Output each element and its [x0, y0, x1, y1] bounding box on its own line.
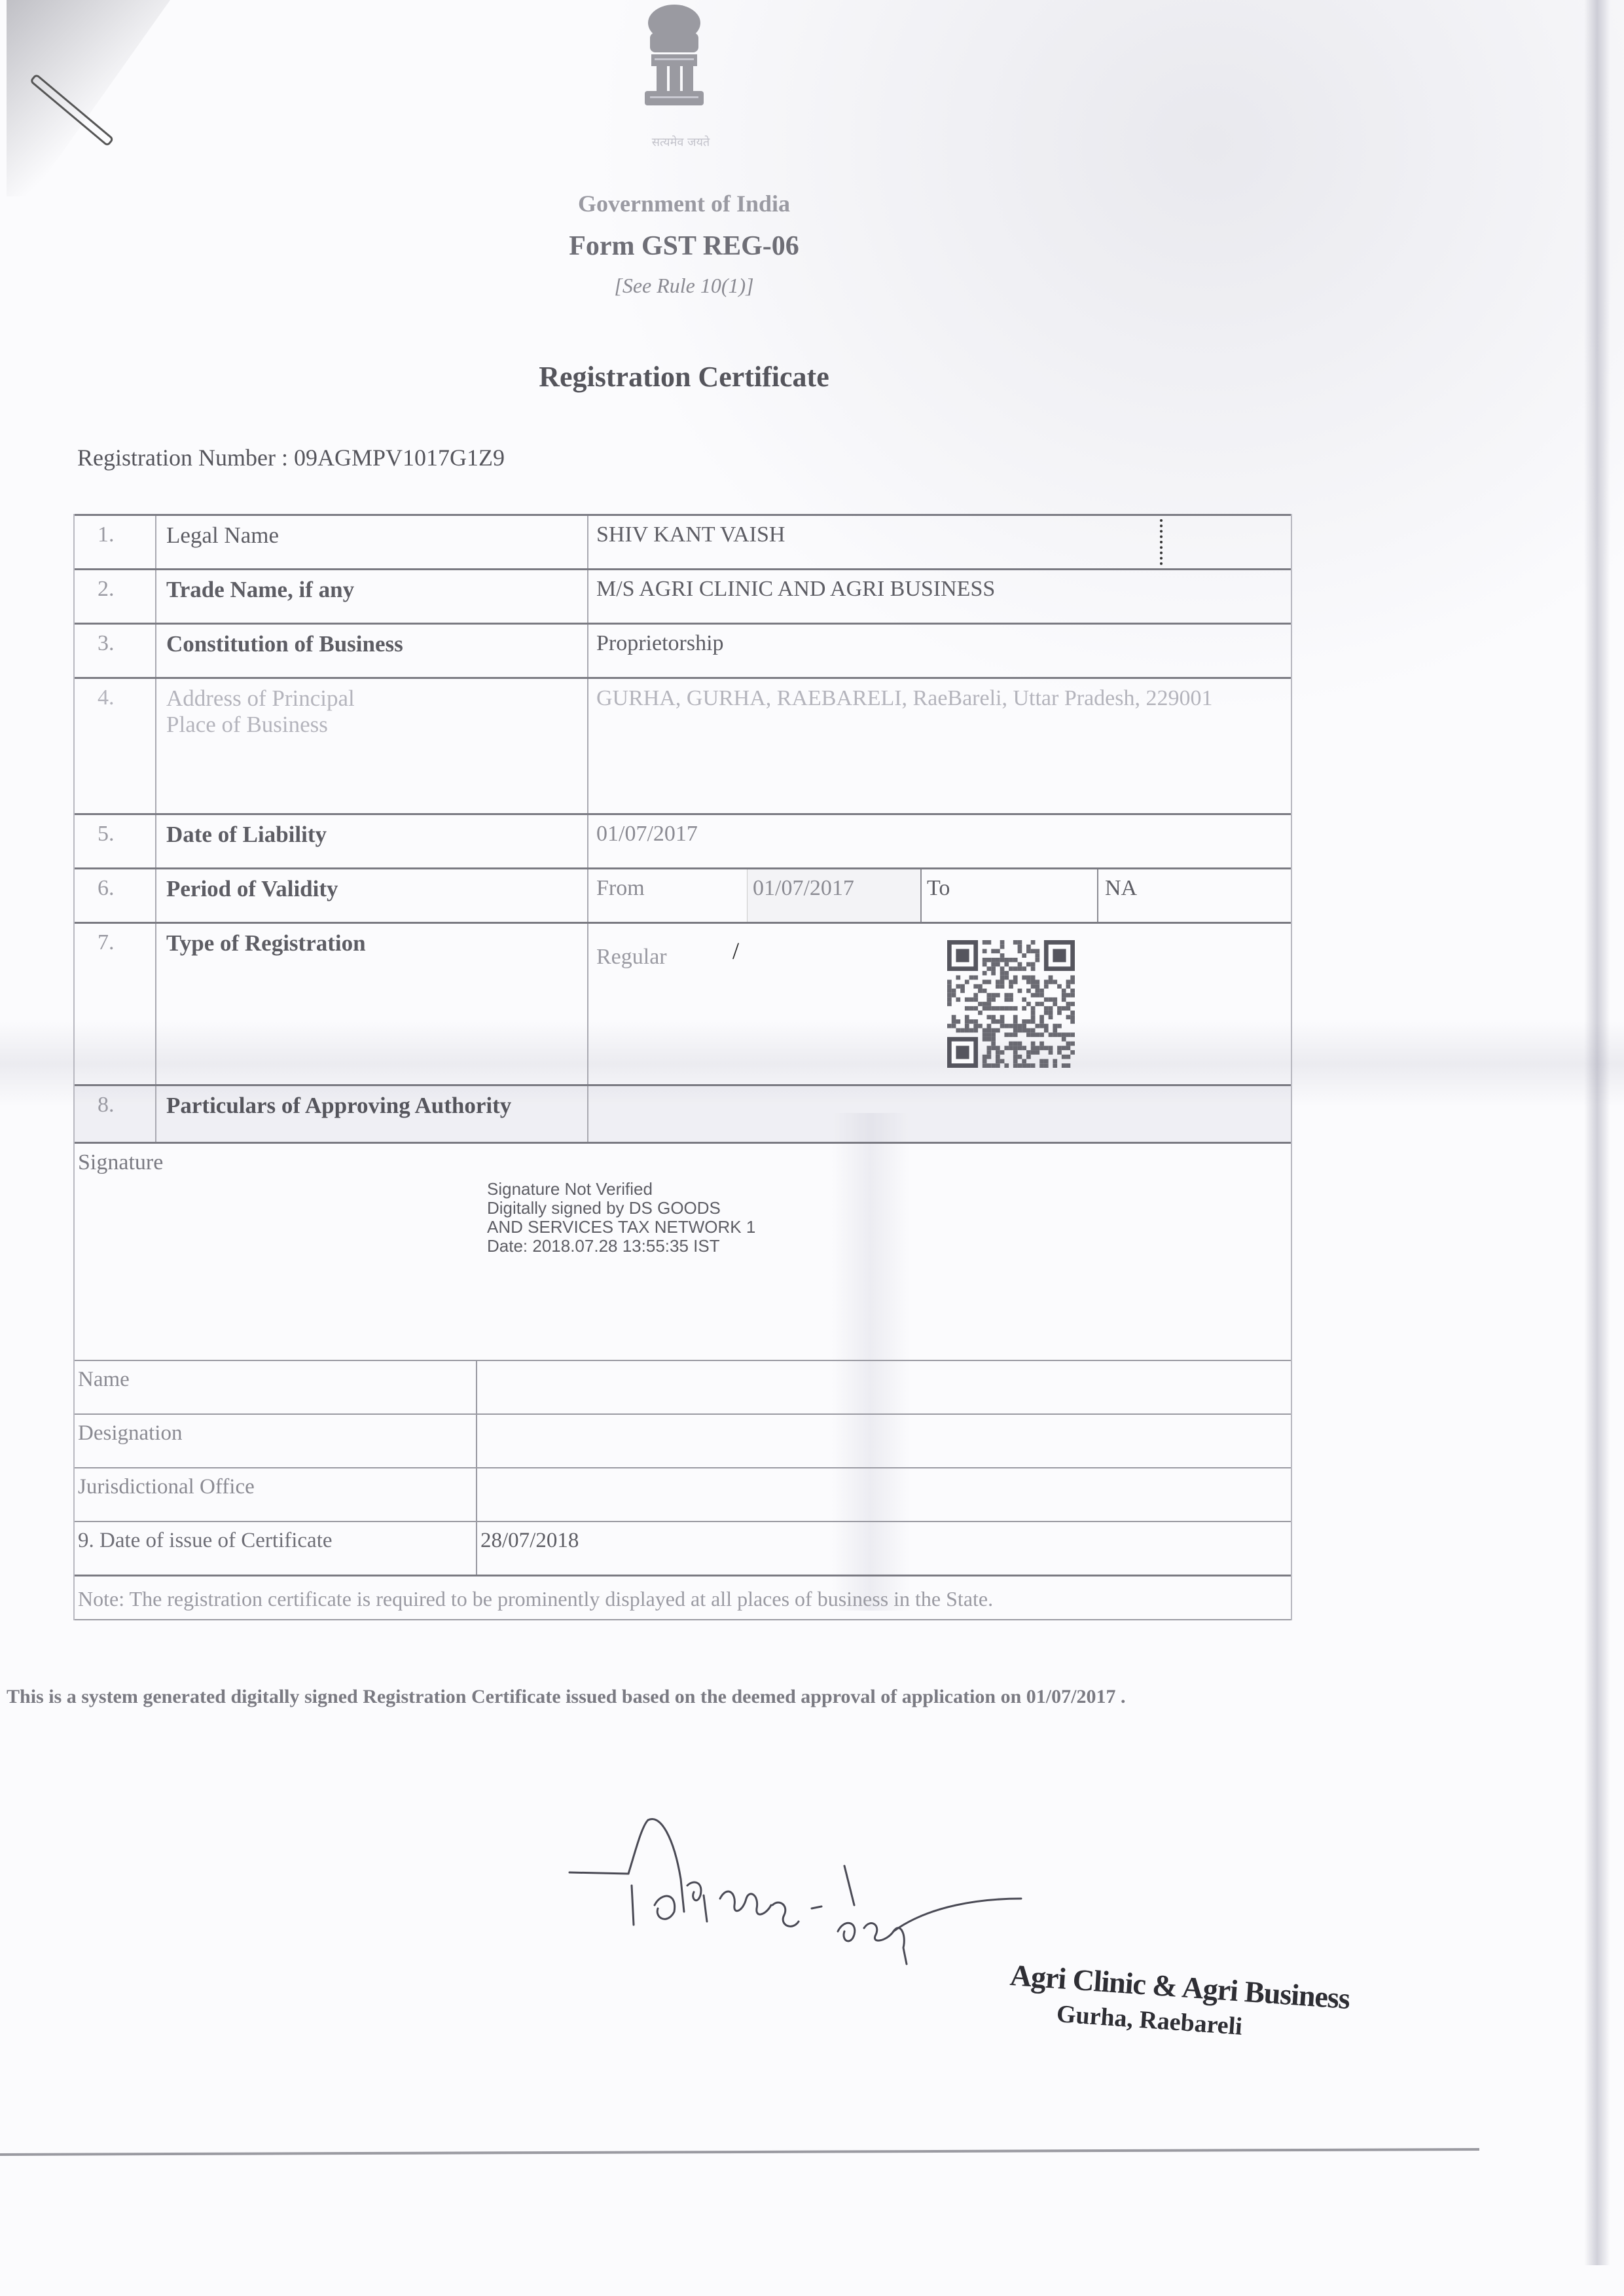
- row-number: 4.: [75, 679, 156, 813]
- row-label: Constitution of Business: [156, 625, 588, 677]
- form-number: Form GST REG-06: [0, 230, 1368, 262]
- row-value: SHIV KANT VAISH: [588, 516, 1291, 568]
- row-number: 7.: [75, 924, 156, 1084]
- validity-to-label: To: [920, 869, 1097, 922]
- row-label: Particulars of Approving Authority: [156, 1086, 588, 1142]
- page-title: Registration Certificate: [0, 360, 1368, 393]
- date-of-liability-value: 01/07/2017: [588, 815, 1291, 867]
- authority-row-name: Name: [75, 1360, 1291, 1413]
- registration-number-value: 09AGMPV1017G1Z9: [294, 445, 505, 471]
- validity-to-value: NA: [1097, 869, 1291, 922]
- authority-name-value: [477, 1361, 1291, 1413]
- issue-date-value: 28/07/2018: [477, 1522, 1291, 1575]
- row-number: 1.: [75, 516, 156, 568]
- staple-shadow: [7, 0, 170, 196]
- business-stamp: Agri Clinic & Agri Business Gurha, Raeba…: [1007, 1958, 1351, 2049]
- jurisdictional-office-label: Jurisdictional Office: [75, 1468, 477, 1521]
- validity-from-value: 01/07/2017: [747, 869, 920, 922]
- national-emblem-icon: [632, 3, 717, 121]
- qr-code-icon: [947, 940, 1075, 1068]
- authority-row-designation: Designation: [75, 1413, 1291, 1467]
- signature-date: Date: 2018.07.28 13:55:35 IST: [487, 1237, 755, 1256]
- address-value: GURHA, GURHA, RAEBARELI, RaeBareli, Utta…: [588, 679, 1291, 813]
- row-number: 3.: [75, 625, 156, 677]
- pen-mark: [1160, 519, 1166, 565]
- trade-name-value: M/S AGRI CLINIC AND AGRI BUSINESS: [588, 570, 1291, 623]
- signature-status: Signature Not Verified: [487, 1180, 755, 1199]
- authority-name-label: Name: [75, 1361, 477, 1413]
- row-label: Trade Name, if any: [156, 570, 588, 623]
- signed-by-line2: AND SERVICES TAX NETWORK 1: [487, 1218, 755, 1237]
- issue-date-label: 9. Date of issue of Certificate: [75, 1522, 477, 1575]
- system-generated-statement: This is a system generated digitally sig…: [7, 1686, 1125, 1708]
- designation-value: [477, 1415, 1291, 1467]
- row-label: Legal Name: [156, 516, 588, 568]
- designation-label: Designation: [75, 1415, 477, 1467]
- row-value: Regular /: [588, 924, 1291, 1084]
- table-row-trade-name: 2. Trade Name, if any M/S AGRI CLINIC AN…: [75, 568, 1291, 623]
- row-label: Date of Liability: [156, 815, 588, 867]
- table-row-legal-name: 1. Legal Name SHIV KANT VAISH: [75, 514, 1291, 568]
- authority-row-jurisdiction: Jurisdictional Office: [75, 1467, 1291, 1521]
- row-label: Address of Principal Place of Business: [156, 679, 588, 813]
- row-number: 2.: [75, 570, 156, 623]
- row-number: 5.: [75, 815, 156, 867]
- digital-signature-block: Signature Not Verified Digitally signed …: [487, 1180, 755, 1256]
- signature-section: Signature Signature Not Verified Digital…: [75, 1142, 1291, 1360]
- row-number: 6.: [75, 869, 156, 922]
- signature-label: Signature: [78, 1150, 163, 1175]
- certificate-table: 1. Legal Name SHIV KANT VAISH 2. Trade N…: [73, 514, 1292, 1620]
- table-row-address: 4. Address of Principal Place of Busines…: [75, 677, 1291, 813]
- bottom-divider: [0, 2148, 1479, 2156]
- table-row-approving-authority: 8. Particulars of Approving Authority: [75, 1084, 1291, 1142]
- display-note: Note: The registration certificate is re…: [75, 1575, 1291, 1620]
- row-label: Period of Validity: [156, 869, 588, 922]
- constitution-value: Proprietorship: [588, 625, 1291, 677]
- table-row-type-of-registration: 7. Type of Registration Regular /: [75, 922, 1291, 1084]
- row-value: From 01/07/2017 To NA: [588, 869, 1291, 922]
- authority-row-issue-date: 9. Date of issue of Certificate 28/07/20…: [75, 1521, 1291, 1575]
- signed-by-line1: Digitally signed by DS GOODS: [487, 1199, 755, 1218]
- registration-type-value: Regular: [596, 945, 667, 970]
- approving-authority-value: [588, 1086, 1291, 1142]
- scan-page-edge: [1584, 0, 1610, 2265]
- rule-reference: [See Rule 10(1)]: [0, 274, 1368, 298]
- table-row-constitution: 3. Constitution of Business Proprietorsh…: [75, 623, 1291, 677]
- row-number: 8.: [75, 1086, 156, 1142]
- legal-name-value: SHIV KANT VAISH: [596, 522, 785, 547]
- validity-from-label: From: [596, 869, 747, 922]
- table-row-period-of-validity: 6. Period of Validity From 01/07/2017 To…: [75, 867, 1291, 922]
- registration-number-label: Registration Number :: [77, 445, 288, 471]
- tick-mark-icon: /: [732, 937, 739, 964]
- jurisdictional-office-value: [477, 1468, 1291, 1521]
- row-label: Type of Registration: [156, 924, 588, 1084]
- government-heading: Government of India: [0, 190, 1368, 217]
- table-row-date-of-liability: 5. Date of Liability 01/07/2017: [75, 813, 1291, 867]
- registration-number: Registration Number : 09AGMPV1017G1Z9: [77, 444, 505, 471]
- emblem-motto: सत्यमेव जयते: [615, 134, 746, 150]
